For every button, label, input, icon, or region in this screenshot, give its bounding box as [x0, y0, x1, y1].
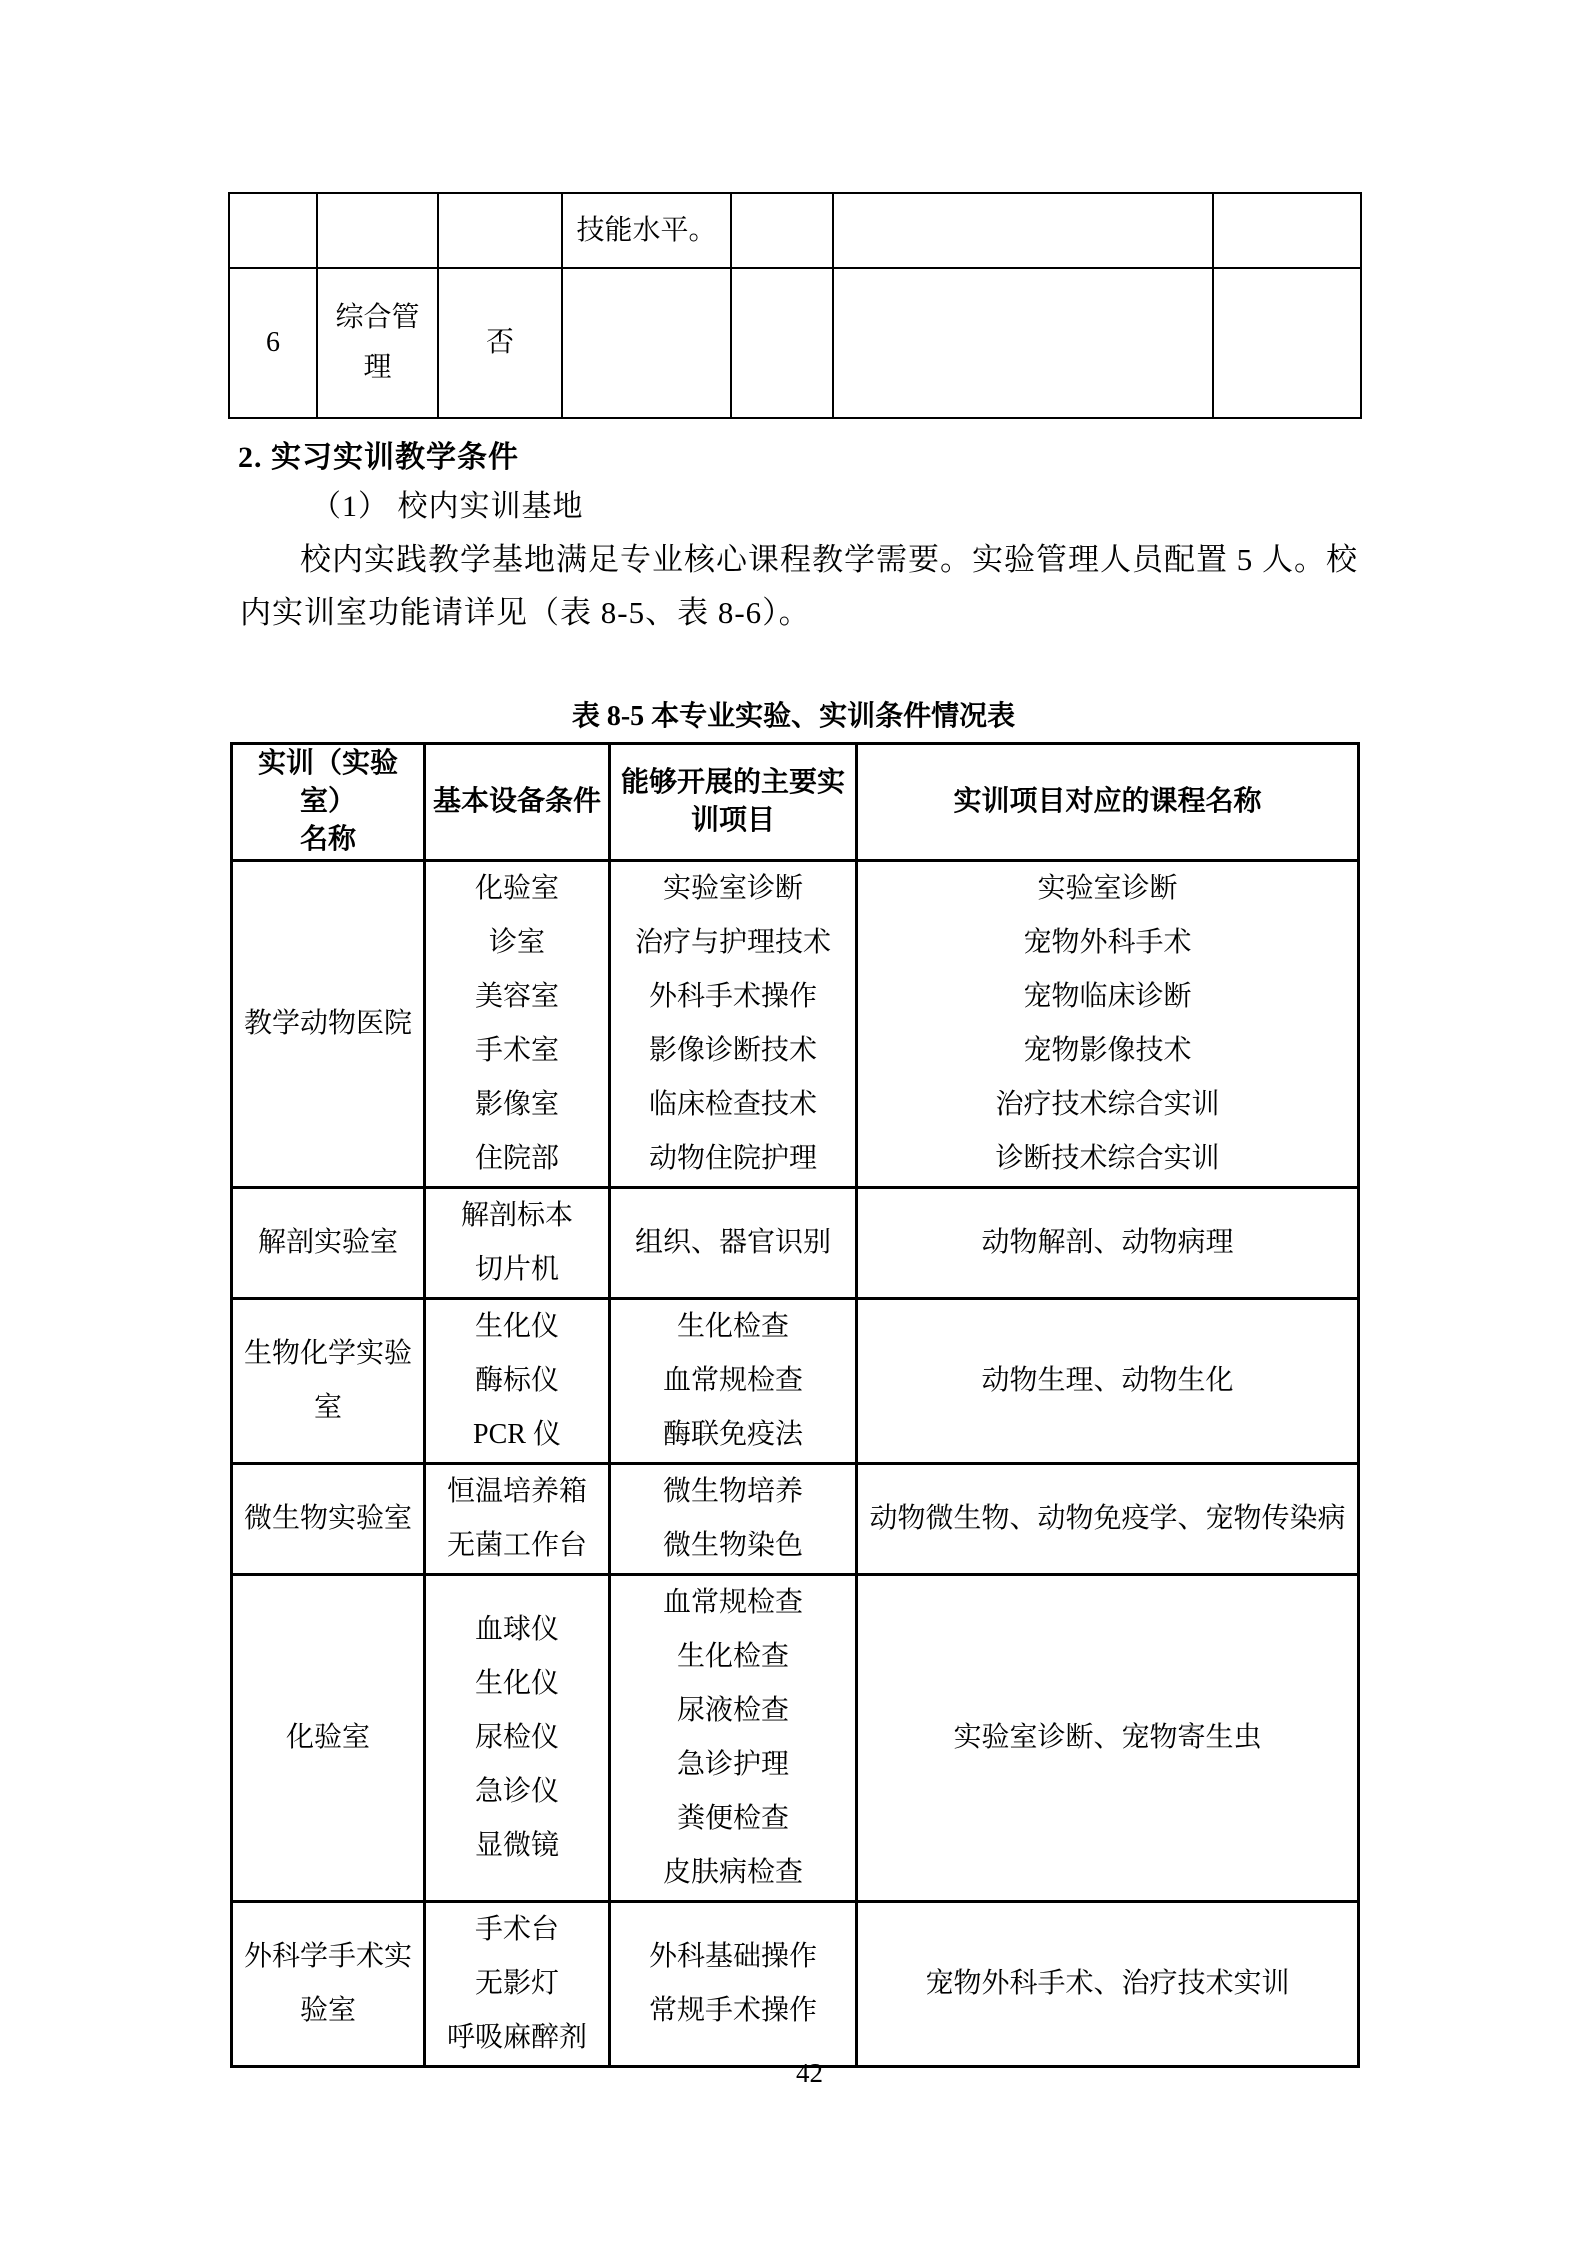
cell-empty: [317, 193, 438, 268]
cell-projects: 实验室诊断 治疗与护理技术 外科手术操作 影像诊断技术 临床检查技术 动物住院护…: [610, 861, 857, 1188]
table-caption: 表 8-5 本专业实验、实训条件情况表: [0, 694, 1587, 734]
continued-table: 技能水平。 6 综合管 理 否: [228, 192, 1362, 419]
table-row: 教学动物医院 化验室 诊室 美容室 手术室 影像室 住院部 实验室诊断 治疗与护…: [232, 861, 1359, 1188]
cell-projects: 生化检查 血常规检查 酶联免疫法: [610, 1299, 857, 1464]
table-row: 微生物实验室 恒温培养箱 无菌工作台 微生物培养 微生物染色 动物微生物、动物免…: [232, 1464, 1359, 1575]
table-row: 解剖实验室 解剖标本 切片机 组织、器官识别 动物解剖、动物病理: [232, 1188, 1359, 1299]
page-number: 42: [796, 2058, 823, 2089]
header-lab-name: 实训（实验室） 名称: [232, 744, 425, 861]
cell-empty: [229, 193, 317, 268]
cell-courses: 动物生理、动物生化: [857, 1299, 1359, 1464]
table-row: 外科学手术实 验室 手术台 无影灯 呼吸麻醉剂 外科基础操作 常规手术操作 宠物…: [232, 1902, 1359, 2067]
cell-category-name: 综合管 理: [317, 268, 438, 418]
cell-empty: [833, 193, 1213, 268]
cell-courses: 动物解剖、动物病理: [857, 1188, 1359, 1299]
cell-courses: 宠物外科手术、治疗技术实训: [857, 1902, 1359, 2067]
cell-equipment: 生化仪 酶标仪 PCR 仪: [425, 1299, 610, 1464]
cell-equipment: 化验室 诊室 美容室 手术室 影像室 住院部: [425, 861, 610, 1188]
cell-courses: 动物微生物、动物免疫学、宠物传染病: [857, 1464, 1359, 1575]
cell-equipment: 血球仪 生化仪 尿检仪 急诊仪 显微镜: [425, 1575, 610, 1902]
document-page: 技能水平。 6 综合管 理 否 2. 实习实训教学条件 （1） 校内实训基地 校…: [0, 0, 1587, 2245]
paragraph-line: 内实训室功能请详见（表 8-5、表 8-6）。: [240, 587, 811, 632]
header-equipment: 基本设备条件: [425, 744, 610, 861]
cell-projects: 血常规检查 生化检查 尿液检查 急诊护理 粪便检查 皮肤病检查: [610, 1575, 857, 1902]
cell-equipment: 解剖标本 切片机: [425, 1188, 610, 1299]
header-courses: 实训项目对应的课程名称: [857, 744, 1359, 861]
cell-lab-name: 解剖实验室: [232, 1188, 425, 1299]
cell-flag: 否: [438, 268, 562, 418]
cell-empty: [731, 268, 833, 418]
table-row: 技能水平。: [229, 193, 1361, 268]
cell-empty: [438, 193, 562, 268]
paragraph-line: 校内实践教学基地满足专业核心课程教学需要。实验管理人员配置 5 人。校: [300, 534, 1358, 579]
training-conditions-table: 实训（实验室） 名称 基本设备条件 能够开展的主要实 训项目 实训项目对应的课程…: [230, 742, 1360, 2068]
cell-lab-name: 外科学手术实 验室: [232, 1902, 425, 2067]
cell-lab-name: 微生物实验室: [232, 1464, 425, 1575]
table-header-row: 实训（实验室） 名称 基本设备条件 能够开展的主要实 训项目 实训项目对应的课程…: [232, 744, 1359, 861]
table-row: 生物化学实验 室 生化仪 酶标仪 PCR 仪 生化检查 血常规检查 酶联免疫法 …: [232, 1299, 1359, 1464]
section-heading: 2. 实习实训教学条件: [238, 432, 519, 476]
cell-skill-level: 技能水平。: [562, 193, 731, 268]
cell-lab-name: 生物化学实验 室: [232, 1299, 425, 1464]
table-row: 化验室 血球仪 生化仪 尿检仪 急诊仪 显微镜 血常规检查 生化检查 尿液检查 …: [232, 1575, 1359, 1902]
cell-empty: [1213, 193, 1361, 268]
cell-row-index: 6: [229, 268, 317, 418]
subsection-heading: （1） 校内实训基地: [311, 481, 584, 525]
table-row: 6 综合管 理 否: [229, 268, 1361, 418]
header-projects: 能够开展的主要实 训项目: [610, 744, 857, 861]
cell-lab-name: 化验室: [232, 1575, 425, 1902]
cell-equipment: 手术台 无影灯 呼吸麻醉剂: [425, 1902, 610, 2067]
cell-empty: [1213, 268, 1361, 418]
cell-projects: 微生物培养 微生物染色: [610, 1464, 857, 1575]
cell-projects: 组织、器官识别: [610, 1188, 857, 1299]
cell-equipment: 恒温培养箱 无菌工作台: [425, 1464, 610, 1575]
cell-courses: 实验室诊断 宠物外科手术 宠物临床诊断 宠物影像技术 治疗技术综合实训 诊断技术…: [857, 861, 1359, 1188]
cell-empty: [833, 268, 1213, 418]
cell-projects: 外科基础操作 常规手术操作: [610, 1902, 857, 2067]
cell-courses: 实验室诊断、宠物寄生虫: [857, 1575, 1359, 1902]
cell-lab-name: 教学动物医院: [232, 861, 425, 1188]
cell-empty: [562, 268, 731, 418]
cell-empty: [731, 193, 833, 268]
